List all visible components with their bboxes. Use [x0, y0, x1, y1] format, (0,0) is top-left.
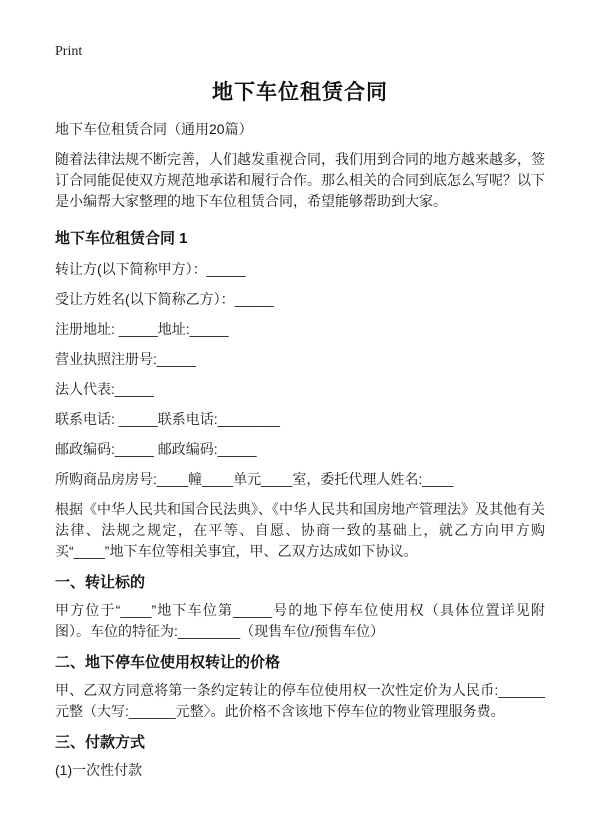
section-1-body: 甲方位于“____”地下车位第_____号的地下停车位使用权（具体位置详见附图）… [55, 600, 545, 642]
section-3-heading: 三、付款方式 [55, 733, 545, 752]
section-2-heading: 二、地下停车位使用权转让的价格 [55, 653, 545, 672]
page-title: 地下车位租赁合同 [55, 80, 545, 105]
field-business-license-number: 营业执照注册号:_____ [55, 350, 545, 368]
intro-paragraph: 随着法律法规不断完善，人们越发重视合同，我们用到合同的地方越来越多，签订合同能促… [55, 149, 545, 212]
field-registered-address: 注册地址: _____地址:_____ [55, 320, 545, 338]
document-page: Print 地下车位租赁合同 地下车位租赁合同（通用20篇） 随着法律法规不断完… [0, 0, 600, 828]
contract-1-heading: 地下车位租赁合同 1 [55, 229, 545, 248]
field-postal-code: 邮政编码:_____ 邮政编码:_____ [55, 440, 545, 458]
legal-basis-paragraph: 根据《中华人民共和国合民法典》、《中华人民共和国房地产管理法》及其他有关法律、法… [55, 499, 545, 562]
field-legal-representative: 法人代表:_____ [55, 380, 545, 398]
section-1-heading: 一、转让标的 [55, 573, 545, 592]
doc-subtitle: 地下车位租赁合同（通用20篇） [55, 120, 545, 138]
field-purchased-property-number: 所购商品房房号:____幢____单元____室，委托代理人姓名:____ [55, 470, 545, 488]
field-transferee-name: 受让方姓名(以下简称乙方）：_____ [55, 290, 545, 308]
field-transferor: 转让方(以下简称甲方）：_____ [55, 260, 545, 278]
print-link[interactable]: Print [55, 44, 82, 60]
section-3-body: (1)一次性付款 [55, 760, 545, 781]
section-2-body: 甲、乙双方同意将第一条约定转让的停车位使用权一次性定价为人民币:______元整… [55, 680, 545, 722]
field-contact-phone: 联系电话: _____联系电话:________ [55, 410, 545, 428]
